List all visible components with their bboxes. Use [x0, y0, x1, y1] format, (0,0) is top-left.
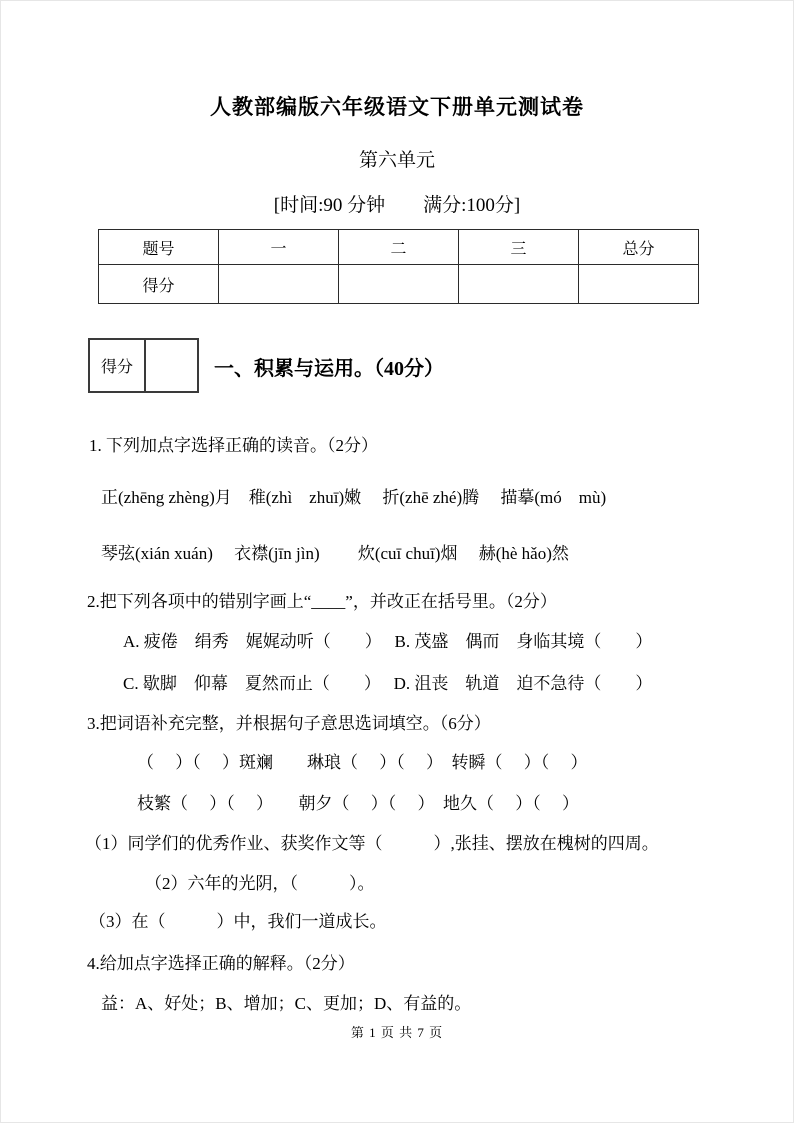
score-cell: [579, 265, 699, 304]
question-3-subitem-1: （1）同学们的优秀作业、获奖作文等（ ）,张挂、摆放在槐树的四周。: [85, 829, 659, 854]
section-one-heading: 一、积累与运用。（40分）: [214, 352, 444, 381]
score-cell: [339, 265, 459, 304]
question-1-prompt: 1. 下列加点字选择正确的读音。（2分）: [89, 431, 378, 456]
score-table-header-cell: 一: [219, 230, 339, 265]
score-table-header-cell: 二: [339, 230, 459, 265]
question-1-options-line-2: 琴弦(xián xuán) 衣襟(jīn jìn) 炊(cuī chuī)烟 赫…: [101, 539, 569, 564]
question-1-options-line-1: 正(zhēng zhèng)月 稚(zhì zhuī)嫩 折(zhē zhé)腾…: [101, 483, 606, 508]
score-box-label: 得分: [90, 340, 146, 391]
score-cell: [219, 265, 339, 304]
score-table-header-row: 题号 一 二 三 总分: [99, 230, 699, 265]
score-row-label: 得分: [99, 265, 219, 304]
score-table-header-cell: 总分: [579, 230, 699, 265]
score-table-header-cell: 题号: [99, 230, 219, 265]
question-2-options-row-2: C. 歇脚 仰幕 夏然而止（ ） D. 沮丧 轨道 迫不急待（ ）: [123, 669, 652, 694]
page-number-footer: 第 1 页 共 7 页: [1, 1022, 793, 1041]
question-3-subitem-3: （3）在（ ）中，我们一道成长。: [89, 907, 387, 932]
question-2-options-row-1: A. 疲倦 绢秀 娓娓动听（ ） B. 茂盛 偶而 身临其境（ ）: [123, 627, 652, 652]
question-3-words-row-1: （ ）（ ）斑斓 琳琅（ ）（ ） 转瞬（ ）（ ）: [137, 748, 588, 773]
score-table-header-cell: 三: [459, 230, 579, 265]
question-3-words-row-2: 枝繁（ ）（ ） 朝夕（ ）（ ） 地久（ ）（ ）: [137, 789, 579, 814]
score-table-score-row: 得分: [99, 265, 699, 304]
question-4-definitions-line: 益：A、好处；B、增加；C、更加；D、有益的。: [101, 989, 471, 1014]
question-2-prompt: 2.把下列各项中的错别字画上“____”，并改正在括号里。（2分）: [87, 587, 557, 612]
unit-subtitle: 第六单元: [1, 145, 793, 172]
page-title: 人教部编版六年级语文下册单元测试卷: [1, 91, 793, 121]
question-3-subitem-2: （2）六年的光阴，（ ）。: [145, 869, 375, 894]
score-summary-table: 题号 一 二 三 总分 得分: [98, 229, 699, 304]
score-cell: [459, 265, 579, 304]
test-paper-page: 人教部编版六年级语文下册单元测试卷 第六单元 [时间:90 分钟 满分:100分…: [0, 0, 794, 1123]
time-score-meta: [时间:90 分钟 满分:100分]: [1, 190, 793, 217]
question-3-prompt: 3.把词语补充完整，并根据句子意思选词填空。（6分）: [87, 709, 491, 734]
score-box-value: [146, 340, 197, 391]
question-4-prompt: 4.给加点字选择正确的解释。（2分）: [87, 949, 355, 974]
section-score-box: 得分: [88, 338, 199, 393]
